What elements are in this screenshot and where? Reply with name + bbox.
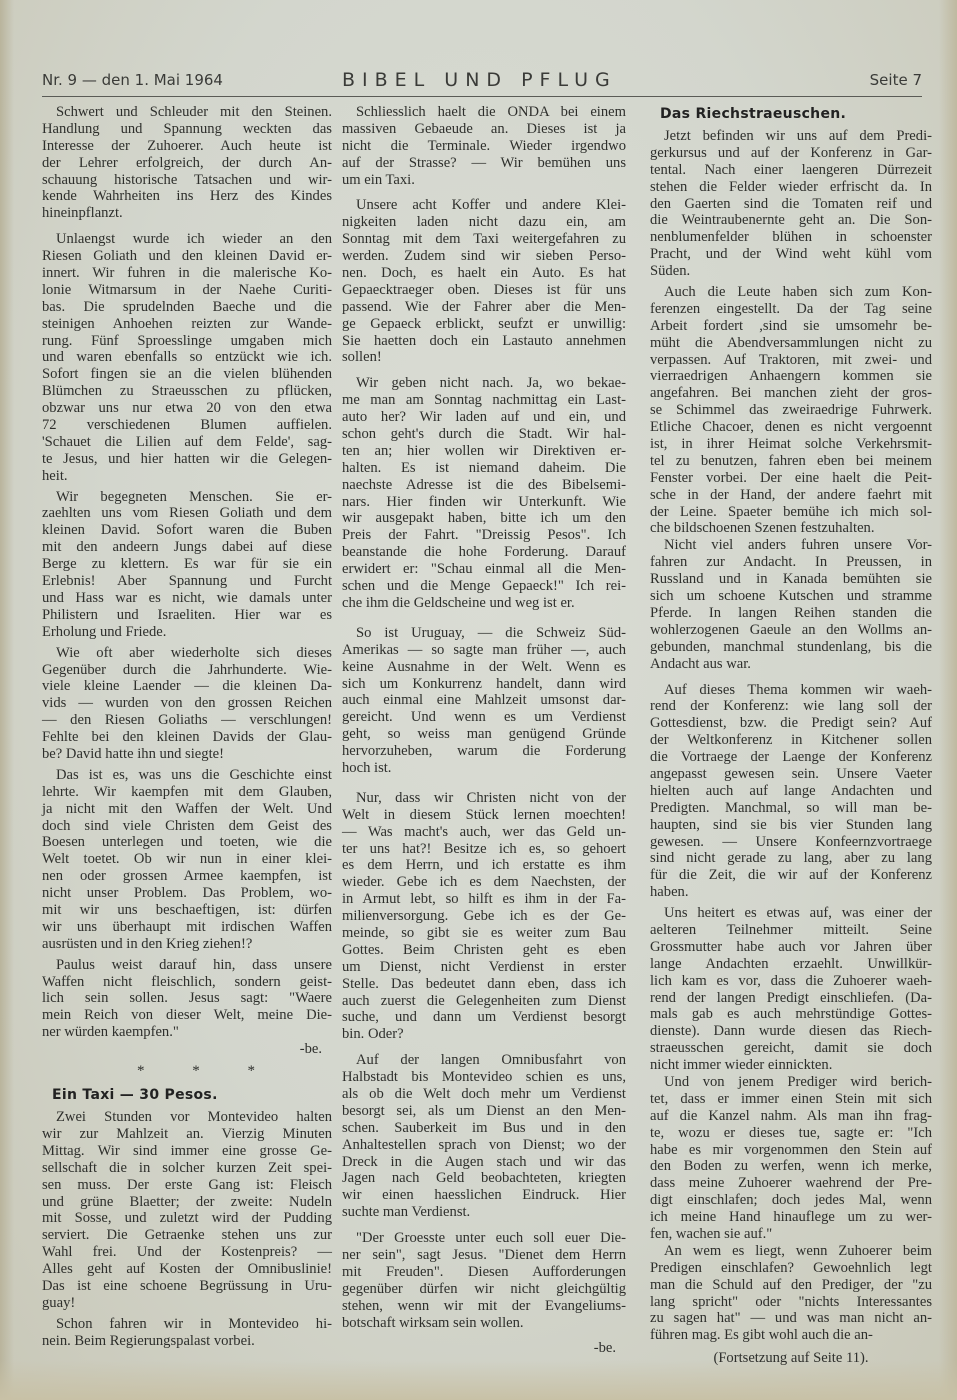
text-line: Schwert und Schleuder mit den Steinen.	[42, 104, 332, 121]
text-line: tet, dass er immer einen Stein mit sich	[650, 1091, 932, 1108]
text-line: lich sein sollen. Jesus sagt: "Waere	[42, 990, 332, 1007]
text-line: wieder. Gebe ich es dem Naechsten, der	[342, 874, 626, 891]
text-line: Mittag. Wir sind immer eine grosse Ge-	[42, 1143, 332, 1160]
text-line: zu sagen hat" — und was man nicht an-	[650, 1310, 932, 1327]
text-line: den Gaerten sind die Tomaten reif und	[650, 196, 932, 213]
column-3: Das Riechstraeuschen.Jetzt befinden wir …	[650, 104, 932, 1368]
text-line: mit wir uns beschaeftigen, ist: dürfen	[42, 902, 332, 919]
text-line: wir ausgepakt haben, bitte ich um den	[342, 510, 626, 527]
text-line: Nicht viel anders fuhren unsere Vor-	[650, 537, 932, 554]
text-line: Predigten. Manchmal, so will man be-	[650, 800, 932, 817]
text-line: rend der Konferenz: wie lang soll der	[650, 698, 932, 715]
text-line: habe es mir vorgenommen den Stein auf	[650, 1142, 932, 1159]
text-line: schauung historische Tatsachen und wir-	[42, 172, 332, 189]
text-line: Auf der langen Omnibusfahrt von	[342, 1052, 626, 1069]
text-line: Handlung und Spannung weckten das	[42, 121, 332, 138]
text-line: schen und die Menge Gepaeck!" Ich rei-	[342, 578, 626, 595]
text-line: massiven Gebaeude an. Dieses ist ja	[342, 121, 626, 138]
page-edge-left	[0, 0, 14, 1400]
newspaper-title: BIBEL UND PFLUG	[342, 69, 702, 91]
text-line: se Schimmel das zweiraedrige Fuhrwerk.	[650, 402, 932, 419]
text-line: Philistern und Israeliten. Hier war es	[42, 607, 332, 624]
paragraph-spacer	[342, 1043, 626, 1052]
text-line: innert. Wir fuhren in die malerische Ko-	[42, 265, 332, 282]
article-heading: Ein Taxi — 30 Pesos.	[42, 1085, 332, 1105]
text-line: "Der Groesste unter euch soll euer Die-	[342, 1230, 626, 1247]
text-line: Gottesdienst, bzw. die Predigt sein? Auf	[650, 715, 932, 732]
paragraph-spacer	[342, 612, 626, 621]
text-line: bin. Oder?	[342, 1026, 626, 1043]
article-heading: Das Riechstraeuschen.	[650, 104, 932, 124]
column-1: Schwert und Schleuder mit den Steinen.Ha…	[42, 104, 332, 1350]
author-signature: -be.	[342, 1340, 626, 1358]
text-line: nenblumenfelder blühen in schoenster	[650, 229, 932, 246]
text-line: Andacht aus war.	[650, 656, 932, 673]
text-line: rung. Fünf Sproesslinge umgaben mich	[42, 333, 332, 350]
text-line: Wie oft aber wiederholte sich dieses	[42, 645, 332, 662]
text-line: guay!	[42, 1295, 332, 1312]
text-line: che bildschoenen Szenen festzuhalten.	[650, 520, 932, 537]
text-line: der Leine. Spaeter bemühe ich mich sol-	[650, 504, 932, 521]
text-line: nars. Hier finden wir Unterkunft. Wie	[342, 494, 626, 511]
text-line: dass meine Zuhoerer waehrend der Pre-	[650, 1175, 932, 1192]
text-line: Arbeit fordert ,sind sie umsomehr be-	[650, 318, 932, 335]
text-line: sich um schoene Kutschen und stramme	[650, 588, 932, 605]
text-line: der Weltkonferenz in Kitchener sollen	[650, 732, 932, 749]
text-line: gereicht. Und wenn es um Verdienst	[342, 709, 626, 726]
paragraph: Und von jenem Prediger wird berich-tet, …	[650, 1074, 932, 1243]
paragraph-spacer	[342, 188, 626, 197]
text-line: — Was macht's auch, wer das Geld un-	[342, 824, 626, 841]
text-line: gegenüber dürfen wir nicht gleichgültig	[342, 1281, 626, 1298]
text-line: lehrte. Wir kaempfen mit dem Glauben,	[42, 784, 332, 801]
text-line: Jetzt befinden wir uns auf dem Predi-	[650, 128, 932, 145]
page-number: Seite 7	[870, 71, 922, 89]
text-line: Stelle. Das bedeutet dann eben, dass ich	[342, 976, 626, 993]
text-line: Welt in diesem Stück lernen moechten!	[342, 807, 626, 824]
text-line: Boesen unterlegen und toeten, wie die	[42, 834, 332, 851]
text-line: sen muss. Der erste Gang ist: Fleisch	[42, 1177, 332, 1194]
section-divider-stars: * * *	[42, 1059, 332, 1085]
text-line: Gottes. Beim Christen geht es eben	[342, 942, 626, 959]
text-line: steinigen Anhoehen reizten zur Wande-	[42, 316, 332, 333]
paragraph: Auf dieses Thema kommen wir waeh-rend de…	[650, 682, 932, 902]
text-line: Erholung und Friede.	[42, 624, 332, 641]
paragraph-spacer	[342, 366, 626, 375]
text-line: Anhaltestellen sprach von Dienst; wo der	[342, 1137, 626, 1154]
text-line: sich um Konkurrenz handelt, dann wird	[342, 676, 626, 693]
text-line: Dreck in die Augen stach und wir das	[342, 1154, 626, 1171]
text-line: milienversorgung. Gebe ich es der Ge-	[342, 908, 626, 925]
paragraph: Schwert und Schleuder mit den Steinen.Ha…	[42, 104, 332, 222]
text-line: hervorzuheben, warum die Forderung	[342, 743, 626, 760]
text-line: den Boden zu werfen, wenn ich merke,	[650, 1158, 932, 1175]
text-line: Preis der Fahrt. "Dreissig Pesos". Ich	[342, 527, 626, 544]
text-line: mit den andeern Jungs dabei auf diese	[42, 539, 332, 556]
text-line: fahren zur Andacht. In Preussen, in	[650, 554, 932, 571]
text-line: passend. Wie der Fahrer aber die Men-	[342, 299, 626, 316]
text-line: angepasst gewesen sein. Unsere Vaeter	[650, 766, 932, 783]
text-line: und Hass war es nicht, wie damals unter	[42, 590, 332, 607]
text-line: gebunden, manchmal stundenlang, bis die	[650, 639, 932, 656]
text-line: auch zuerst die Gelegenheiten zum Dienst	[342, 993, 626, 1010]
page-edge-right	[939, 0, 957, 1400]
text-line: auf der Strasse? — Wir bemühen uns	[342, 155, 626, 172]
paragraph-spacer	[342, 1331, 626, 1340]
text-line: An wem es liegt, wenn Zuhoerer beim	[650, 1243, 932, 1260]
text-line: Gegenüber durch die Jahrhunderte. Wie-	[42, 662, 332, 679]
paragraph: "Der Groesste unter euch soll euer Die-n…	[342, 1230, 626, 1331]
text-line: nigkeiten laden nicht dazu ein, am	[342, 214, 626, 231]
text-line: Süden.	[650, 263, 932, 280]
continuation-note: (Fortsetzung auf Seite 11).	[650, 1344, 932, 1368]
text-line: Schliesslich haelt die ONDA bei einem	[342, 104, 626, 121]
paragraph: Das ist es, was uns die Geschichte einst…	[42, 767, 332, 953]
text-line: ner sein", sagt Jesus. "Dienet dem Herrn	[342, 1247, 626, 1264]
text-line: nein. Beim Regierungspalast vorbei.	[42, 1333, 332, 1350]
text-line: Waffen nicht fleischlich, sondern geist-	[42, 974, 332, 991]
paragraph: Unsere acht Koffer und andere Klei-nigke…	[342, 197, 626, 366]
text-line: tel zu benutzen, fahren eben bei meinem	[650, 453, 932, 470]
paragraph: Wie oft aber wiederholte sich diesesGege…	[42, 645, 332, 763]
text-line: besorgt sei, als um Dienst an den Men-	[342, 1103, 626, 1120]
text-line: um ein Taxi.	[342, 172, 626, 189]
paragraph-spacer	[342, 1221, 626, 1230]
masthead-rule	[42, 96, 922, 97]
text-line: te, wozu er dieses tue, sagte er: "Ich	[650, 1125, 932, 1142]
text-line: Riesen Goliath und den kleinen David er-	[42, 248, 332, 265]
text-line: bas. Die sprudelnden Baeche und die	[42, 299, 332, 316]
text-line: me man am Sonntag nachmittag ein Last-	[342, 392, 626, 409]
paragraph: An wem es liegt, wenn Zuhoerer beimPredi…	[650, 1243, 932, 1344]
text-line: ter uns hat?! Besitze ich es, so gehoert	[342, 841, 626, 858]
text-line: keine Ausnahme in der Welt. Wenn es	[342, 659, 626, 676]
paragraph: Zwei Stunden vor Montevideo haltenwir zu…	[42, 1109, 332, 1312]
text-line: — den Riesen Goliaths — verschlungen!	[42, 712, 332, 729]
text-line: Wahl frei. Und der Kostenpreis? —	[42, 1244, 332, 1261]
text-line: kende Wahrheiten ins Herz des Kindes	[42, 188, 332, 205]
paragraph: Paulus weist darauf hin, dass unsereWaff…	[42, 957, 332, 1041]
text-line: Uns heitert es etwas auf, was einer der	[650, 905, 932, 922]
text-line: obzwar uns nur etwa 20 von den etwa	[42, 400, 332, 417]
paragraph-spacer	[342, 777, 626, 786]
paragraph: Wir begegneten Menschen. Sie er-zaehlten…	[42, 489, 332, 641]
text-line: Sie haetten doch ein Lastauto annehmen	[342, 333, 626, 350]
text-line: schon geht's durch die Stadt. Wir hal-	[342, 426, 626, 443]
text-line: So ist Uruguay, — die Schweiz Süd-	[342, 625, 626, 642]
text-line: ner würden kaempfen."	[42, 1024, 332, 1041]
text-line: um Dienst, nicht Verdienst in erster	[342, 959, 626, 976]
text-line: Auch die Leute haben sich zum Kon-	[650, 284, 932, 301]
text-line: Das ist eine schoene Begrüssung in Uru-	[42, 1278, 332, 1295]
paragraph: Jetzt befinden wir uns auf dem Predi-ger…	[650, 128, 932, 280]
text-line: wir zur Mahlzeit an. Vierzig Minuten	[42, 1126, 332, 1143]
text-line: Und von jenem Prediger wird berich-	[650, 1074, 932, 1091]
text-line: verpassen. Auf Traktoren, mit zwei- und	[650, 352, 932, 369]
text-line: mit Freuden". Diesen Aufforderungen	[342, 1264, 626, 1281]
text-line: vids — wurden von den grossen Reichen	[42, 695, 332, 712]
text-line: Auf dieses Thema kommen wir waeh-	[650, 682, 932, 699]
text-line: Alles geht auf Kosten der Omnibuslinie!	[42, 1261, 332, 1278]
paragraph: Unlaengst wurde ich wieder an denRiesen …	[42, 231, 332, 484]
text-line: Erlebnis! Aber Spannung und Furcht	[42, 573, 332, 590]
text-line: te Jesus, und hier hatten wir die Gelege…	[42, 451, 332, 468]
text-line: mals gab es auch mehrstündige Gottes-	[650, 1006, 932, 1023]
text-line: dienste). Dann wurde diesen das Riech-	[650, 1023, 932, 1040]
text-line: Blümchen zu Straeusschen zu pflücken,	[42, 383, 332, 400]
text-line: und grüne Blaetter; der zweite: Nudeln	[42, 1194, 332, 1211]
paragraph-spacer	[42, 222, 332, 231]
text-line: müht die Abendversammlungen nicht zu	[650, 335, 932, 352]
paragraph: Auch die Leute haben sich zum Kon-ferenz…	[650, 284, 932, 537]
text-line: hoch ist.	[342, 760, 626, 777]
text-line: nen oder grossen Armee kaempfen, ist	[42, 868, 332, 885]
text-line: Halbstadt bis Montevideo schien es uns,	[342, 1069, 626, 1086]
text-line: heit.	[42, 468, 332, 485]
text-line: die Vortraege der Laenge der Konferenz	[650, 749, 932, 766]
text-line: gewesen. — Unsere Konfeernzvortraege	[650, 834, 932, 851]
text-line: Unsere acht Koffer und andere Klei-	[342, 197, 626, 214]
issue-date: Nr. 9 — den 1. Mai 1964	[42, 71, 223, 89]
text-line: ich meine Hand hinauflege um zu wer-	[650, 1209, 932, 1226]
text-line: straeusschen gereicht, damit sie doch	[650, 1040, 932, 1057]
text-line: mit Sosse, und zuletzt wird der Pudding	[42, 1210, 332, 1227]
text-line: tental. Nach einer laengeren Dürrezeit	[650, 162, 932, 179]
text-line: und waren ebenfalls so entzückt wie ich.	[42, 349, 332, 366]
text-line: beanstande die hohe Forderung. Darauf	[342, 544, 626, 561]
text-line: Amerikas — so sagte man früher —, auch	[342, 642, 626, 659]
text-line: wir uns überhaupt mit irdischen Waffen	[42, 919, 332, 936]
text-line: vierraedrigen Anhaengern kommen sie	[650, 368, 932, 385]
paragraph: Wir geben nicht nach. Ja, wo bekae-me ma…	[342, 375, 626, 611]
text-line: zaehlten uns vom Riesen Goliath und dem	[42, 505, 332, 522]
text-line: auto her? Wir laden auf und ein, und	[342, 409, 626, 426]
text-line: 'Schauet die Lilien auf dem Felde', sag-	[42, 434, 332, 451]
text-line: hineinpflanzt.	[42, 205, 332, 222]
text-line: führen mag. Es gibt wohl auch die an-	[650, 1327, 932, 1344]
masthead: Nr. 9 — den 1. Mai 1964 BIBEL UND PFLUG …	[42, 66, 922, 94]
text-line: lang spricht" oder "nichts Interessantes	[650, 1294, 932, 1311]
text-line: nicht die Terminale. Wieder irgendwo	[342, 138, 626, 155]
text-line: 72 verschiedenen Blumen auffielen.	[42, 417, 332, 434]
text-line: stehen die Felder wieder erfrischt da. I…	[650, 179, 932, 196]
text-line: ten an; hier wollen wir Direktiven er-	[342, 443, 626, 460]
author-signature: -be.	[42, 1041, 332, 1059]
text-line: sellschaft die in solcher kurzen Zeit sp…	[42, 1160, 332, 1177]
text-line: nen. Doch, es haelt ein Auto. Es hat	[342, 265, 626, 282]
text-line: Pferde. In langen Reihen standen die	[650, 605, 932, 622]
text-line: ausrüsten und in den Krieg ziehen!?	[42, 936, 332, 953]
text-line: gerkursus und auf der Konferenz in Gar-	[650, 145, 932, 162]
text-line: Grossmutter habe auch vor Jahren über	[650, 939, 932, 956]
text-line: Jagen nach Geld beobachteten, kriegten	[342, 1170, 626, 1187]
text-line: für die Zeit, die wir auf der Konferenz	[650, 867, 932, 884]
text-line: auch einmal eine Mahlzeit umsonst dar-	[342, 692, 626, 709]
paragraph-spacer	[650, 673, 932, 682]
text-line: Gepaecktraeger oben. Dieses ist für uns	[342, 282, 626, 299]
text-line: suche, und dann um Verdienst besorgt	[342, 1009, 626, 1026]
text-line: be? David hatte ihn und siegte!	[42, 746, 332, 763]
text-line: Berge zu klettern. Es war für sie ein	[42, 556, 332, 573]
text-line: sind nicht gerade zu lang, aber zu lang	[650, 850, 932, 867]
text-line: Interesse der Zuhoerer. Auch heute ist	[42, 138, 332, 155]
text-line: Predigen einschlafen? Gewoehnlich legt	[650, 1260, 932, 1277]
text-line: man die Schuld auf den Prediger, der "zu	[650, 1277, 932, 1294]
text-line: sche in der Hand, der andere faehrt mit	[650, 487, 932, 504]
column-2: Schliesslich haelt die ONDA bei einemmas…	[342, 104, 626, 1358]
text-line: Paulus weist darauf hin, dass unsere	[42, 957, 332, 974]
text-line: auf die Kanzel nahm. Als man ihn frag-	[650, 1108, 932, 1125]
text-line: fen, wachen sie auf."	[650, 1226, 932, 1243]
paragraph: So ist Uruguay, — die Schweiz Süd-Amerik…	[342, 625, 626, 777]
text-line: werden. Zudem sind wir sieben Perso-	[342, 248, 626, 265]
text-line: viele kleine Laender — die kleinen Da-	[42, 678, 332, 695]
text-line: Schon fahren wir in Montevideo hi-	[42, 1316, 332, 1333]
text-line: Fehlte bei den kleinen Davids der Glau-	[42, 729, 332, 746]
text-line: Etliche Chacoer, denen es nicht vergoenn…	[650, 419, 932, 436]
text-line: geht, so weiss man genügend Gründe	[342, 726, 626, 743]
text-line: Sofort fingen sie an die vielen blühende…	[42, 366, 332, 383]
text-line: botschaft wirksam sein wollen.	[342, 1315, 626, 1332]
text-line: Wir begegneten Menschen. Sie er-	[42, 489, 332, 506]
text-line: mein Reich von dieser Welt, meine Die-	[42, 1007, 332, 1024]
text-line: es dem Herrn, und ich erstatte es ihm	[342, 857, 626, 874]
text-line: schen. Sauberkeit im Bus und in den	[342, 1120, 626, 1137]
text-line: Unlaengst wurde ich wieder an den	[42, 231, 332, 248]
text-line: naechste Adresse ist die des Bibelsemi-	[342, 477, 626, 494]
text-line: haben.	[650, 884, 932, 901]
text-line: als ob die Welt doch mehr um Verdienst	[342, 1086, 626, 1103]
text-line: in Armut lebt, so hilft es ihm in der Fa…	[342, 891, 626, 908]
paragraph: Nicht viel anders fuhren unsere Vor-fahr…	[650, 537, 932, 672]
text-line: wir einen haesslichen Eindruck. Hier	[342, 1187, 626, 1204]
paragraph: Auf der langen Omnibusfahrt vonHalbstadt…	[342, 1052, 626, 1221]
paragraph: Uns heitert es etwas auf, was einer dera…	[650, 905, 932, 1074]
text-line: Welt toetet. Ob wir nun in einer klei-	[42, 851, 332, 868]
text-line: aelteren Teilnehmer mitteilt. Seine	[650, 922, 932, 939]
text-line: nicht unser Problem. Das Problem, wo-	[42, 885, 332, 902]
text-line: digt einschlafen; doch jedes Mal, wenn	[650, 1192, 932, 1209]
text-line: Zwei Stunden vor Montevideo halten	[42, 1109, 332, 1126]
text-line: Nur, dass wir Christen nicht von der	[342, 790, 626, 807]
text-line: ferenzen eingestellt. Da der Tag seine	[650, 301, 932, 318]
text-line: suchte man Verdienst.	[342, 1204, 626, 1221]
text-line: Pracht, und der Wind weht kühl vom	[650, 246, 932, 263]
text-line: ja nicht mit den Waffen der Welt. Und	[42, 801, 332, 818]
text-line: kleinen David. Sofort waren die Buben	[42, 522, 332, 539]
text-line: lonie Witmarsum in der Naehe Curiti-	[42, 282, 332, 299]
text-line: lange Andachten erzaehlt. Unwillkür-	[650, 956, 932, 973]
text-line: wohlerzogenen Gaeule an den Wollms an-	[650, 622, 932, 639]
text-line: die Weintraubenernte geht an. Die Son-	[650, 212, 932, 229]
text-line: stehen, wenn wir mit der Evangeliums-	[342, 1298, 626, 1315]
paragraph: Schon fahren wir in Montevideo hi-nein. …	[42, 1316, 332, 1350]
text-line: che ihm die Geldscheine und weg ist er.	[342, 595, 626, 612]
paragraph: Schliesslich haelt die ONDA bei einemmas…	[342, 104, 626, 188]
text-line: Das ist es, was uns die Geschichte einst	[42, 767, 332, 784]
text-line: haupten, sind sie bis vier Stunden lang	[650, 817, 932, 834]
text-line: lich kam es vor, dass die Zuhoerer waeh-	[650, 973, 932, 990]
text-line: ge Gepaeck erblickt, seufzt er unwillig:	[342, 316, 626, 333]
text-line: Fenster vorbei. Der eine haelt die Peit-	[650, 470, 932, 487]
text-line: der Lehrer erfolgreich, der durch An-	[42, 155, 332, 172]
text-line: nicht immer wieder einnickten.	[650, 1057, 932, 1074]
text-line: Russland und in Kanada bemühten sie	[650, 571, 932, 588]
text-line: halten. Es ist niemand daheim. Die	[342, 460, 626, 477]
text-line: meinde, so gibt sie es weiter zum Bau	[342, 925, 626, 942]
text-line: angefahren. Bei manchen zieht der gros-	[650, 385, 932, 402]
paragraph: Nur, dass wir Christen nicht von derWelt…	[342, 790, 626, 1043]
text-line: ist, in ihrer Heimat solche Verkehrsmit-	[650, 436, 932, 453]
text-line: Sonntag mit dem Taxi weitergefahren zu	[342, 231, 626, 248]
text-line: erwidert er: "Schau einmal all die Men-	[342, 561, 626, 578]
text-line: Wir geben nicht nach. Ja, wo bekae-	[342, 375, 626, 392]
text-line: doch sind viele Christen dem Geist des	[42, 818, 332, 835]
text-line: hielten auch auf lange Andachten und	[650, 783, 932, 800]
text-line: serviert. Die Getraenke stehen uns zur	[42, 1227, 332, 1244]
text-line: rend der langen Predigt einschliefen. (D…	[650, 990, 932, 1007]
text-line: sollen!	[342, 349, 626, 366]
